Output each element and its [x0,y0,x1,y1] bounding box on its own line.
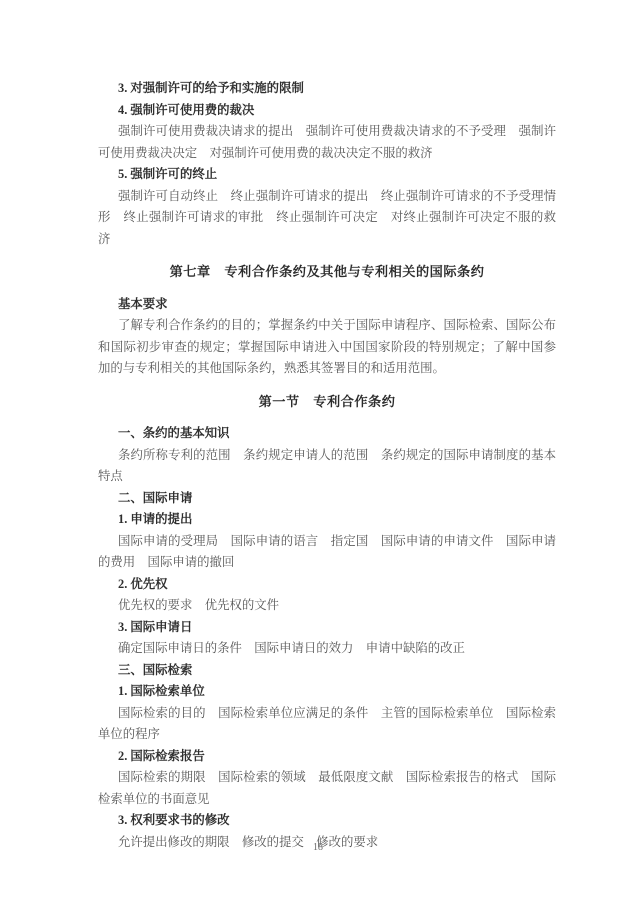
sub-section-heading: 三、国际检索 [98,660,556,682]
topic-list-paragraph: 确定国际申请日的条件 国际申请日的效力 申请中缺陷的改正 [98,638,556,660]
numbered-item-heading: 2. 国际检索报告 [98,746,556,768]
section-heading: 第一节 专利合作条约 [98,391,556,413]
numbered-item-heading: 4. 强制许可使用费的裁决 [98,100,556,122]
topic-list-paragraph: 强制许可自动终止 终止强制许可请求的提出 终止强制许可请求的不予受理情形 终止强… [98,186,556,251]
topic-list-paragraph: 条约所称专利的范围 条约规定申请人的范围 条约规定的国际申请制度的基本特点 [98,445,556,488]
page-content: 3. 对强制许可的给予和实施的限制 4. 强制许可使用费的裁决 强制许可使用费裁… [98,78,556,853]
page-number: 18 [313,842,323,853]
topic-list-paragraph: 国际检索的期限 国际检索的领域 最低限度文献 国际检索报告的格式 国际检索单位的… [98,767,556,810]
topic-list-paragraph: 国际检索的目的 国际检索单位应满足的条件 主管的国际检索单位 国际检索单位的程序 [98,703,556,746]
numbered-item-heading: 1. 国际检索单位 [98,681,556,703]
numbered-item-heading: 1. 申请的提出 [98,509,556,531]
topic-list-paragraph: 强制许可使用费裁决请求的提出 强制许可使用费裁决请求的不予受理 强制许可使用费裁… [98,121,556,164]
sub-section-heading: 一、条约的基本知识 [98,423,556,445]
numbered-item-heading: 3. 权利要求书的修改 [98,810,556,832]
requirements-paragraph: 了解专利合作条约的目的；掌握条约中关于国际申请程序、国际检索、国际公布和国际初步… [98,315,556,380]
sub-section-heading: 基本要求 [98,294,556,316]
document-page: 3. 对强制许可的给予和实施的限制 4. 强制许可使用费的裁决 强制许可使用费裁… [0,0,636,900]
numbered-item-heading: 2. 优先权 [98,574,556,596]
numbered-item-heading: 3. 国际申请日 [98,617,556,639]
numbered-item-heading: 3. 对强制许可的给予和实施的限制 [98,78,556,100]
topic-list-paragraph: 优先权的要求 优先权的文件 [98,595,556,617]
numbered-item-heading: 5. 强制许可的终止 [98,164,556,186]
chapter-heading: 第七章 专利合作条约及其他与专利相关的国际条约 [98,261,556,283]
page-footer: 18 [0,842,636,853]
topic-list-paragraph: 国际申请的受理局 国际申请的语言 指定国 国际申请的申请文件 国际申请的费用 国… [98,531,556,574]
sub-section-heading: 二、国际申请 [98,488,556,510]
